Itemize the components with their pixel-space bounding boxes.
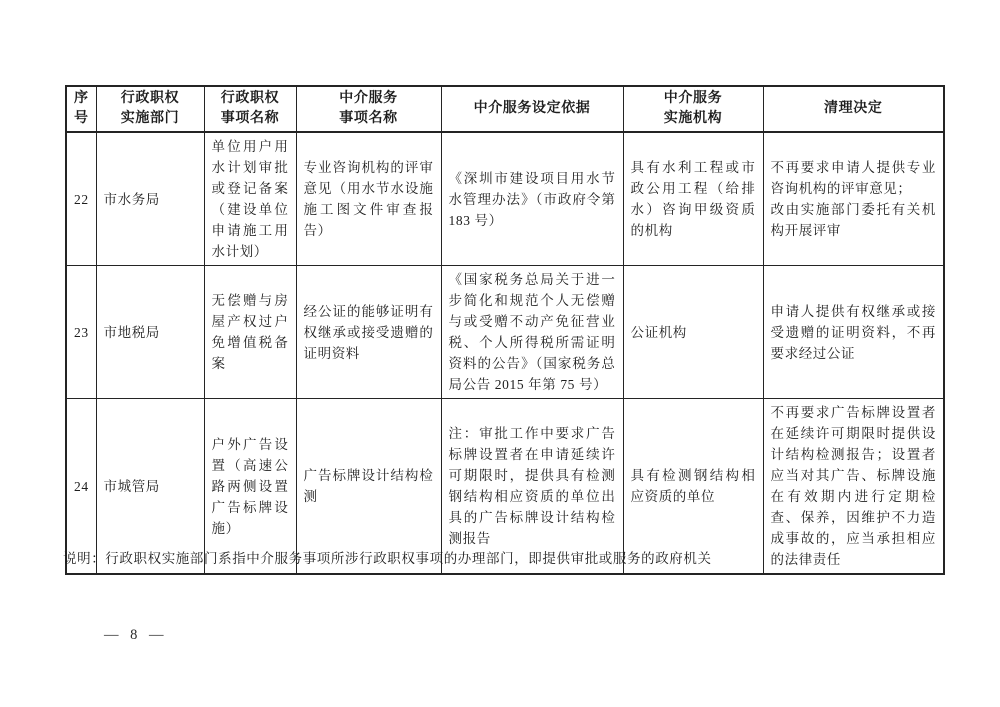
header-service-item-name: 中介服务 事项名称 <box>296 86 441 132</box>
cell-agency: 具有水利工程或市政公用工程（给排水）咨询甲级资质的机构 <box>623 132 763 266</box>
cell-power-item: 无偿赠与房屋产权过户免增值税备案 <box>204 266 296 399</box>
header-serial-number: 序 号 <box>66 86 96 132</box>
cell-department: 市城管局 <box>96 399 204 575</box>
cell-decision: 申请人提供有权继承或接受遗赠的证明资料，不再要求经过公证 <box>763 266 944 399</box>
table-header-row: 序 号 行政职权 实施部门 行政职权 事项名称 中介服务 事项名称 中介服务设定… <box>66 86 944 132</box>
table-row: 22 市水务局 单位用户用水计划审批或登记备案（建设单位申请施工用水计划） 专业… <box>66 132 944 266</box>
page-number: — 8 — <box>104 627 168 644</box>
cell-decision: 不再要求广告标牌设置者在延续许可期限时提供设计结构检测报告；设置者应当对其广告、… <box>763 399 944 575</box>
cell-department: 市地税局 <box>96 266 204 399</box>
cell-basis: 《深圳市建设项目用水节水管理办法》（市政府令第 183 号） <box>441 132 623 266</box>
intermediary-services-table: 序 号 行政职权 实施部门 行政职权 事项名称 中介服务 事项名称 中介服务设定… <box>65 85 945 575</box>
header-service-basis: 中介服务设定依据 <box>441 86 623 132</box>
cell-power-item: 户外广告设置（高速公路两侧设置广告标牌设施） <box>204 399 296 575</box>
cell-service-item: 专业咨询机构的评审意见（用水节水设施施工图文件审查报告） <box>296 132 441 266</box>
header-implementing-department: 行政职权 实施部门 <box>96 86 204 132</box>
table-row: 23 市地税局 无偿赠与房屋产权过户免增值税备案 经公证的能够证明有权继承或接受… <box>66 266 944 399</box>
cell-department: 市水务局 <box>96 132 204 266</box>
cell-serial-number: 23 <box>66 266 96 399</box>
cell-basis: 《国家税务总局关于进一步简化和规范个人无偿赠与或受赠不动产免征营业税、个人所得税… <box>441 266 623 399</box>
cell-decision: 不再要求申请人提供专业咨询机构的评审意见； 改由实施部门委托有关机构开展评审 <box>763 132 944 266</box>
cell-serial-number: 22 <box>66 132 96 266</box>
cell-serial-number: 24 <box>66 399 96 575</box>
cell-service-item: 经公证的能够证明有权继承或接受遗赠的证明资料 <box>296 266 441 399</box>
header-power-item-name: 行政职权 事项名称 <box>204 86 296 132</box>
header-service-agency: 中介服务 实施机构 <box>623 86 763 132</box>
cell-agency: 公证机构 <box>623 266 763 399</box>
document-page: 序 号 行政职权 实施部门 行政职权 事项名称 中介服务 事项名称 中介服务设定… <box>0 0 1000 707</box>
cell-basis: 注：审批工作中要求广告标牌设置者在申请延续许可期限时，提供具有检测钢结构相应资质… <box>441 399 623 575</box>
cell-agency: 具有检测钢结构相应资质的单位 <box>623 399 763 575</box>
explanatory-note: 说明：行政职权实施部门系指中介服务事项所涉行政职权事项的办理部门，即提供审批或服… <box>63 549 943 569</box>
header-cleanup-decision: 清理决定 <box>763 86 944 132</box>
table-row: 24 市城管局 户外广告设置（高速公路两侧设置广告标牌设施） 广告标牌设计结构检… <box>66 399 944 575</box>
cell-power-item: 单位用户用水计划审批或登记备案（建设单位申请施工用水计划） <box>204 132 296 266</box>
cell-service-item: 广告标牌设计结构检测 <box>296 399 441 575</box>
